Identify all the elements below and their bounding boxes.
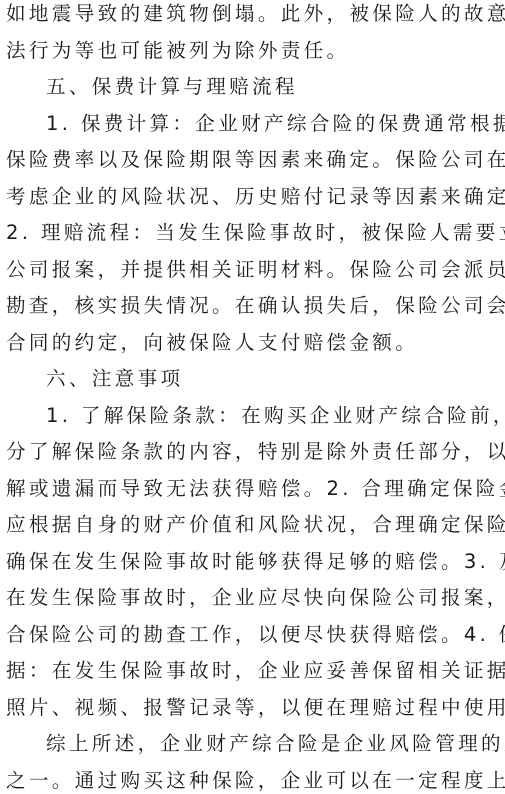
paragraph-line: 合同的约定，向被保险人支付赔偿金额。	[6, 329, 418, 357]
paragraph-line: 分了解保险条款的内容，特别是除外责任部分，以避免因误	[6, 438, 505, 466]
paragraph-line: 解或遗漏而导致无法获得赔偿。2. 合理确定保险金额：企业	[6, 475, 505, 503]
paragraph-line: 考虑企业的风险状况、历史赔付记录等因素来确定保险费率。	[6, 183, 505, 211]
paragraph-line: 公司报案，并提供相关证明材料。保险公司会派员进行现场	[6, 256, 505, 284]
paragraph-line: 据：在发生保险事故时，企业应妥善保留相关证据，如现场	[6, 657, 505, 685]
paragraph-line: 确保在发生保险事故时能够获得足够的赔偿。3. 及时报案：	[6, 548, 505, 576]
paragraph-line: 1. 了解保险条款：在购买企业财产综合险前，企业应充	[46, 402, 505, 430]
paragraph-line: 之一。通过购买这种保险，企业可以在一定程度上降低因意	[6, 767, 505, 794]
paragraph-line: 1. 保费计算：企业财产综合险的保费通常根据保险金额、	[46, 110, 505, 138]
paragraph-line: 勘查，核实损失情况。在确认损失后，保险公司会根据保险	[6, 292, 505, 320]
paragraph-line: 在发生保险事故时，企业应尽快向保险公司报案，并积极配	[6, 584, 505, 612]
section-heading-notes: 六、注意事项	[46, 365, 183, 393]
paragraph-line: 合保险公司的勘查工作，以便尽快获得赔偿。4. 保留相关证	[6, 621, 505, 649]
paragraph-line: 应根据自身的财产价值和风险状况，合理确定保险金额，以	[6, 511, 505, 539]
paragraph-line: 保险费率以及保险期限等因素来确定。保险公司在核保时会	[6, 146, 505, 174]
paragraph-line: 法行为等也可能被列为除外责任。	[6, 37, 349, 65]
section-heading-premium-claims: 五、保费计算与理赔流程	[46, 73, 298, 101]
paragraph-line: 照片、视频、报警记录等，以便在理赔过程中使用。	[6, 694, 505, 722]
paragraph-line: 2. 理赔流程：当发生保险事故时，被保险人需要立即向保险	[6, 219, 505, 247]
paragraph-line: 如地震导致的建筑物倒塌。此外，被保险人的故意行为、违	[6, 0, 505, 28]
paragraph-line: 综上所述，企业财产综合险是企业风险管理的重要工具	[46, 730, 505, 758]
